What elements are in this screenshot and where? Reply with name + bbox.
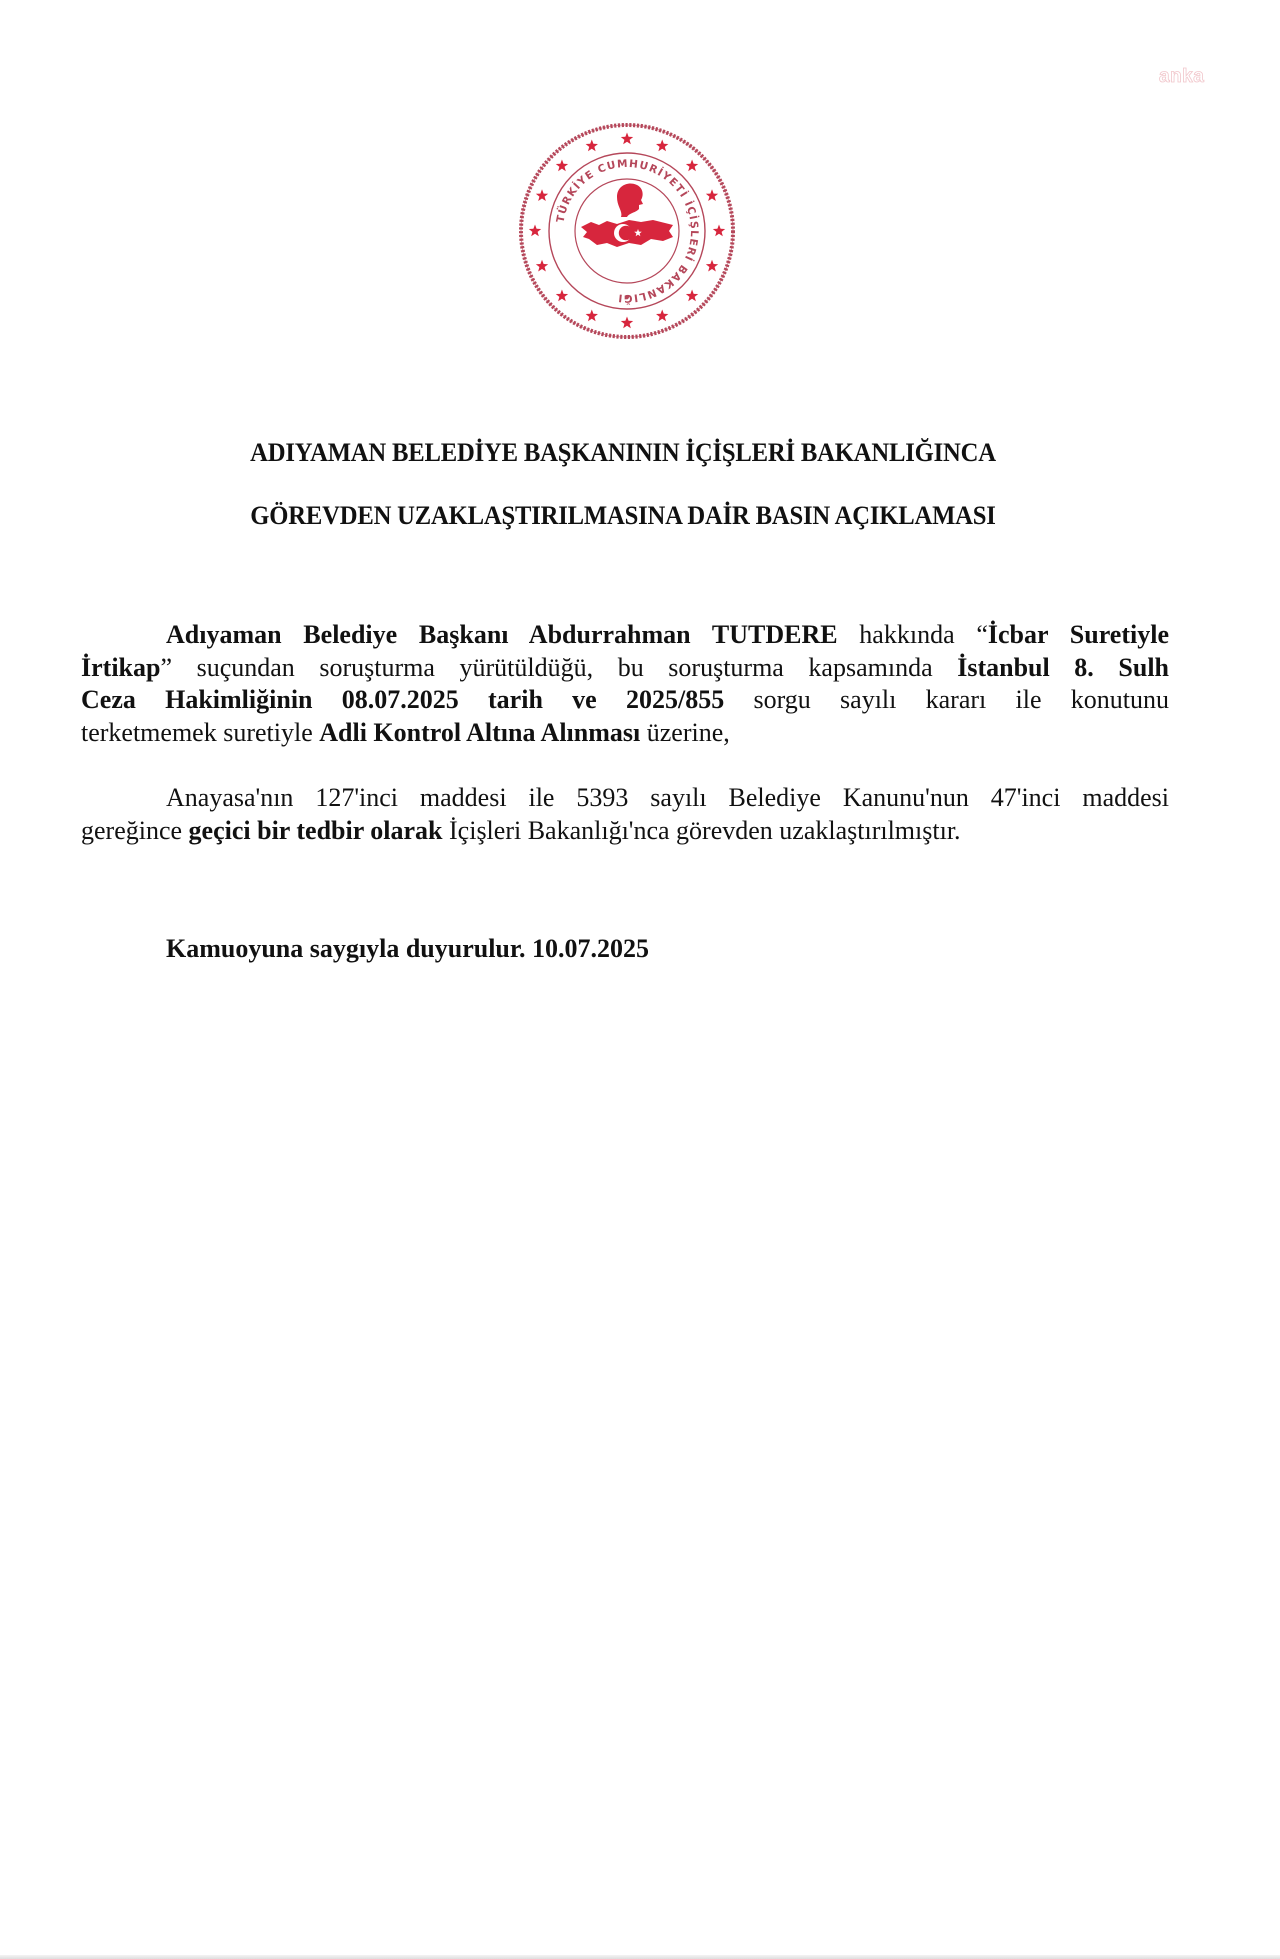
paragraph-1-line: Adıyaman Belediye Başkanı Abdurrahman TU… [81,619,1169,652]
paragraph-2-line: Anayasa'nın 127'inci maddesi ile 5393 sa… [81,782,1169,815]
paragraph-1-line: Ceza Hakimliğinin 08.07.2025 tarih ve 20… [81,684,1169,717]
page-bottom-edge [0,1955,1280,1959]
closing-statement: Kamuoyuna saygıyla duyurulur. 10.07.2025 [166,934,649,964]
paragraph-1-line: terketmemek suretiyle Adli Kontrol Altın… [81,717,1169,750]
paragraph-1-line: İrtikap” suçundan soruşturma yürütüldüğü… [81,652,1169,685]
ministry-seal-icon: TÜRKİYE CUMHURİYETİ İÇİŞLERİ BAKANLIĞI [517,121,737,341]
paragraph-2-line: gereğince geçici bir tedbir olarak İçişl… [81,815,1169,848]
heading-line-2: GÖREVDEN UZAKLAŞTIRILMASINA DAİR BASIN A… [44,500,1203,531]
watermark-logo: anka [1159,66,1204,88]
heading-line-1: ADIYAMAN BELEDİYE BAŞKANININ İÇİŞLERİ BA… [44,437,1203,468]
paragraph-2: Anayasa'nın 127'inci maddesi ile 5393 sa… [81,782,1169,847]
paragraph-1: Adıyaman Belediye Başkanı Abdurrahman TU… [81,619,1169,749]
